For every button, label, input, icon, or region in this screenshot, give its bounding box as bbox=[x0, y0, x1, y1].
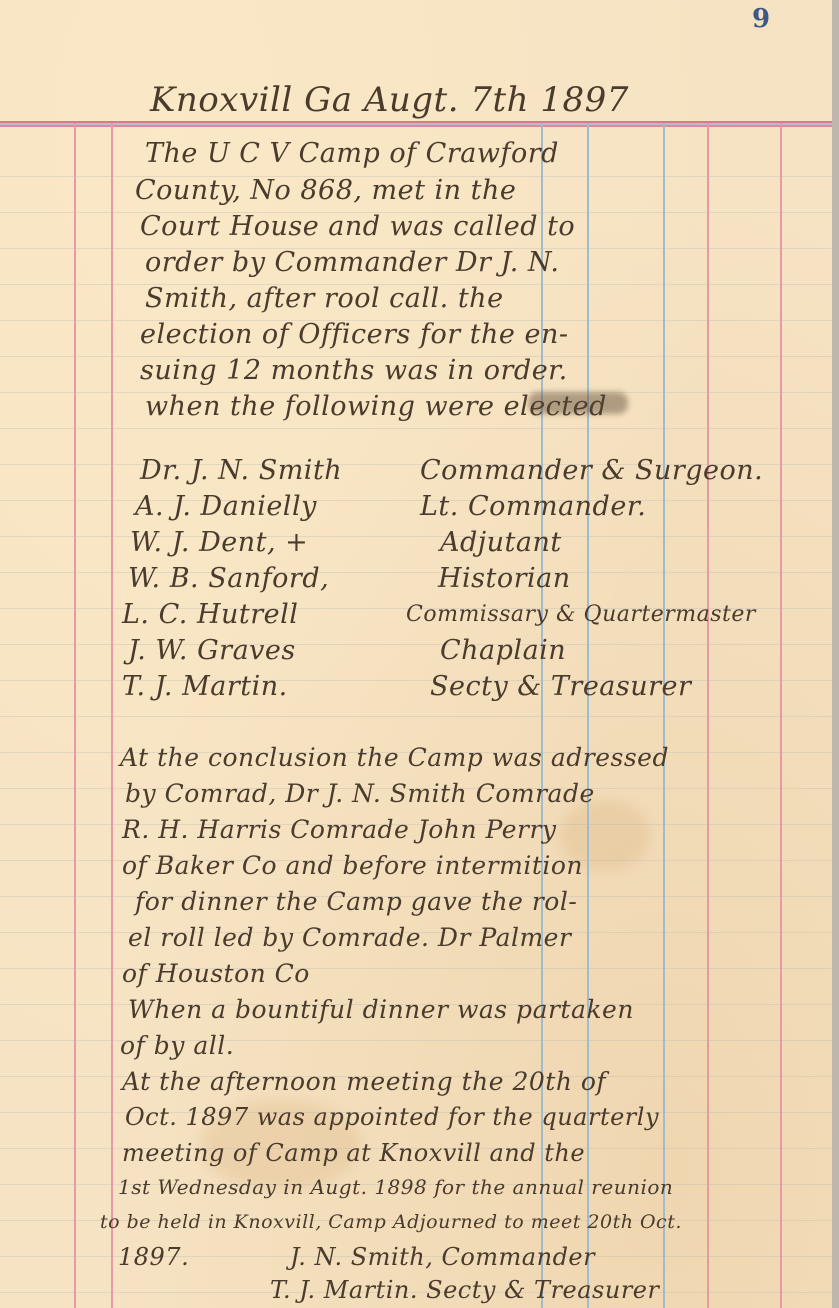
text-line: by Comrad, Dr J. N. Smith Comrade bbox=[125, 779, 595, 808]
officer-office: Commander & Surgeon. bbox=[420, 455, 763, 486]
page-edge bbox=[832, 0, 839, 1308]
entry-heading: Knoxvill Ga Augt. 7th 1897 bbox=[150, 80, 629, 120]
officer-office: Chaplain bbox=[440, 635, 566, 666]
officer-name: A. J. Danielly bbox=[135, 491, 317, 522]
officer-name: W. B. Sanford, bbox=[128, 563, 329, 594]
text-line: At the conclusion the Camp was adressed bbox=[120, 743, 669, 772]
text-line: of Baker Co and before intermition bbox=[122, 851, 583, 880]
officer-office: Adjutant bbox=[440, 527, 562, 558]
text-line: When a bountiful dinner was partaken bbox=[128, 995, 634, 1024]
signature-commander: J. N. Smith, Commander bbox=[290, 1243, 595, 1271]
column-rule bbox=[663, 123, 665, 1308]
text-line: The U C V Camp of Crawford bbox=[145, 138, 559, 169]
ink-smudge bbox=[528, 392, 628, 414]
text-line: At the afternoon meeting the 20th of bbox=[122, 1067, 606, 1096]
officer-name: T. J. Martin. bbox=[122, 671, 288, 702]
margin-rule bbox=[74, 123, 76, 1308]
text-line: Court House and was called to bbox=[140, 211, 575, 242]
text-line: R. H. Harris Comrade John Perry bbox=[122, 815, 557, 844]
officer-office: Lt. Commander. bbox=[420, 491, 646, 522]
text-line: el roll led by Comrade. Dr Palmer bbox=[128, 923, 571, 952]
officer-name: J. W. Graves bbox=[128, 635, 296, 666]
text-line: 1st Wednesday in Augt. 1898 for the annu… bbox=[118, 1175, 673, 1199]
officer-name: L. C. Hutrell bbox=[122, 599, 298, 630]
column-rule bbox=[707, 123, 709, 1308]
text-line: to be held in Knoxvill, Camp Adjourned t… bbox=[100, 1211, 682, 1233]
text-line: order by Commander Dr J. N. bbox=[145, 247, 559, 278]
text-line: meeting of Camp at Knoxvill and the bbox=[122, 1139, 585, 1167]
text-line: Smith, after rool call. the bbox=[145, 283, 504, 314]
officer-name: W. J. Dent, + bbox=[130, 527, 308, 558]
officer-name: Dr. J. N. Smith bbox=[140, 455, 342, 486]
text-line: 1897. bbox=[118, 1243, 189, 1271]
text-line: election of Officers for the en- bbox=[140, 319, 569, 350]
officer-office: Commissary & Quartermaster bbox=[406, 602, 756, 627]
margin-rule bbox=[111, 123, 113, 1308]
text-line: of by all. bbox=[120, 1031, 234, 1060]
ledger-page: 9 Knoxvill Ga Augt. 7th 1897 The U C V C… bbox=[0, 0, 832, 1308]
text-line: suing 12 months was in order. bbox=[140, 355, 568, 386]
officer-office: Historian bbox=[438, 563, 571, 594]
signature-secretary: T. J. Martin. Secty & Treasurer bbox=[270, 1276, 659, 1304]
text-line: for dinner the Camp gave the rol- bbox=[135, 887, 577, 916]
text-line: County, No 868, met in the bbox=[135, 175, 516, 206]
page-number: 9 bbox=[752, 4, 770, 34]
officer-office: Secty & Treasurer bbox=[430, 671, 691, 702]
text-line: of Houston Co bbox=[122, 959, 310, 988]
text-line: Oct. 1897 was appointed for the quarterl… bbox=[125, 1103, 659, 1131]
column-rule bbox=[780, 123, 782, 1308]
